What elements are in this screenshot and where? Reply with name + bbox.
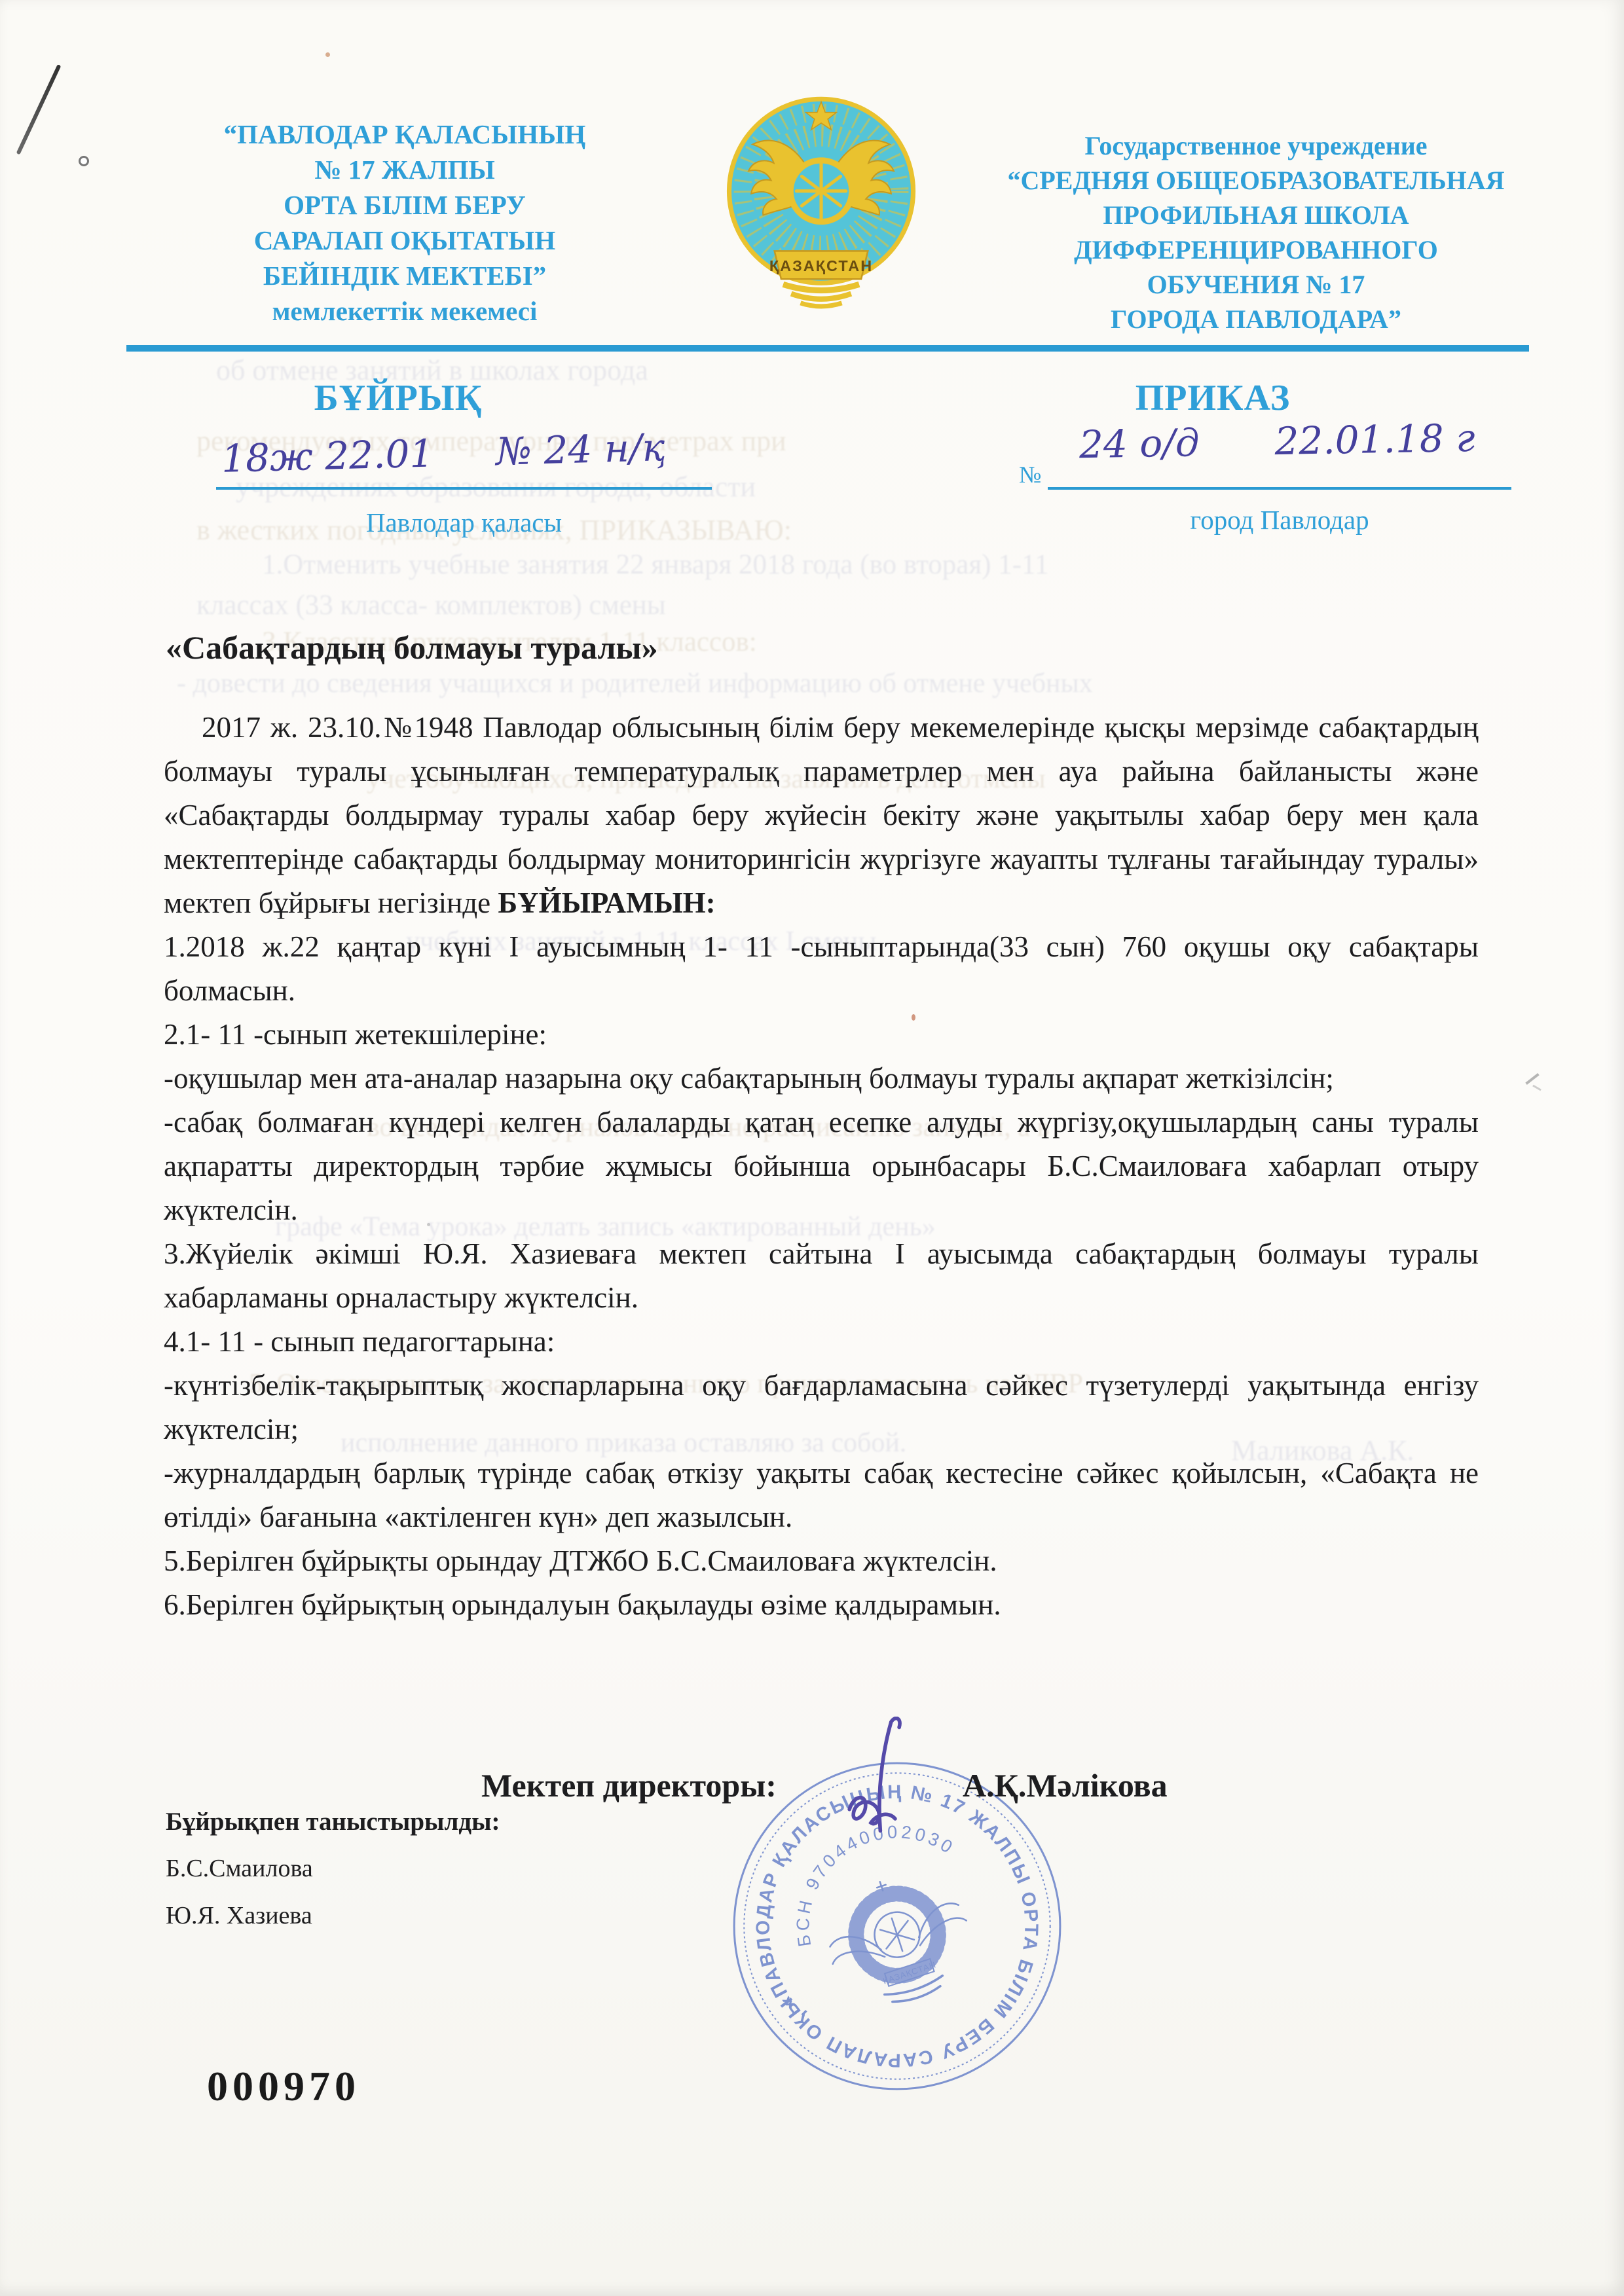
handwritten-number: 24 о/д — [1079, 420, 1200, 467]
paragraph-text: 3.Жүйелік әкімші Ю.Я. Хазиеваға мектеп с… — [164, 1237, 1479, 1314]
order-body: 2017 ж. 23.10.№1948 Павлодар облысының б… — [164, 706, 1479, 1627]
margin-pencil-mark — [1525, 1073, 1539, 1085]
paragraph: 2.1- 11 -сынып жетекшілеріне: — [164, 1013, 1479, 1057]
date-number-underline — [216, 487, 712, 490]
paragraph-text: -күнтізбелік-тақырыптық жоспарларына оқу… — [164, 1369, 1479, 1446]
order-title-kazakh: БҰЙРЫҚ — [267, 377, 529, 419]
acknowledgement-name: Ю.Я. Хазиева — [166, 1901, 312, 1930]
ghost-line: 1.Отменить учебные занятия 22 января 201… — [262, 549, 1048, 581]
kazakhstan-emblem-icon: ҚАЗАҚСТАН — [711, 82, 931, 313]
paragraph-text: -оқушылар мен ата-аналар назарына оқу са… — [164, 1062, 1334, 1095]
acknowledgement-name: Б.С.Смаилова — [166, 1854, 313, 1883]
org-name-kazakh: “ПАВЛОДАР ҚАЛАСЫНЫҢ № 17 ЖАЛПЫ ОРТА БІЛІ… — [175, 117, 634, 329]
org-line: ДИФФЕРЕНЦИРОВАННОГО — [974, 232, 1538, 267]
emblem-banner-text: ҚАЗАҚСТАН — [769, 257, 873, 274]
paragraph-text: 6.Берілген бұйрықтың орындалуын бақылауд… — [164, 1588, 1001, 1621]
org-line: ОРТА БІЛІМ БЕРУ — [175, 187, 634, 223]
paragraph-text: 5.Берілген бұйрықты орындау ДТЖбО Б.С.См… — [164, 1544, 997, 1577]
org-line: САРАЛАП ОҚЫТАТЫН — [175, 223, 634, 258]
paragraph: 5.Берілген бұйрықты орындау ДТЖбО Б.С.См… — [164, 1539, 1479, 1583]
header-divider — [126, 345, 1529, 352]
handwritten-date-number-ru: 24 о/д22.01.18 г — [1079, 416, 1475, 467]
director-signature — [826, 1717, 941, 1844]
order-title-russian: ПРИКАЗ — [1082, 377, 1344, 419]
director-name: А.Қ.Мәлікова — [963, 1766, 1168, 1804]
paragraph: 4.1- 11 - сынып педагогтарына: — [164, 1320, 1479, 1364]
ghost-line: - довести до сведения учащихся и родител… — [177, 668, 1093, 699]
org-line: № 17 ЖАЛПЫ — [175, 152, 634, 187]
margin-pencil-mark — [1532, 1085, 1541, 1091]
paragraph-text: -сабақ болмаған күндері келген балаларды… — [164, 1106, 1479, 1226]
pen-stroke-end-dot — [79, 156, 89, 166]
org-line: “ПАВЛОДАР ҚАЛАСЫНЫҢ — [175, 117, 634, 152]
number-sign: № — [1019, 461, 1041, 488]
org-name-russian: Государственное учреждение “СРЕДНЯЯ ОБЩЕ… — [974, 128, 1538, 337]
pen-stroke-artifact — [16, 64, 62, 155]
acknowledgement-label: Бұйрықпен таныстырылды: — [166, 1807, 500, 1836]
paragraph: 3.Жүйелік әкімші Ю.Я. Хазиеваға мектеп с… — [164, 1232, 1479, 1320]
paragraph-text: 4.1- 11 - сынып педагогтарына: — [164, 1325, 555, 1358]
org-line: мемлекеттік мекемесі — [175, 293, 634, 329]
paragraph: -сабақ болмаған күндері келген балаларды… — [164, 1101, 1479, 1232]
paragraph-text: 1.2018 ж.22 қаңтар күні I ауысымның 1- 1… — [164, 930, 1479, 1007]
resolve-word: БҰЙЫРАМЫН: — [498, 886, 715, 919]
org-line: “СРЕДНЯЯ ОБЩЕОБРАЗОВАТЕЛЬНАЯ — [974, 163, 1538, 198]
paragraph: -оқушылар мен ата-аналар назарына оқу са… — [164, 1057, 1479, 1101]
org-line: БЕЙІНДІК МЕКТЕБІ” — [175, 258, 634, 293]
org-line: ГОРОДА ПАВЛОДАРА” — [974, 302, 1538, 337]
paragraph: 6.Берілген бұйрықтың орындалуын бақылауд… — [164, 1583, 1479, 1627]
paragraph: 2017 ж. 23.10.№1948 Павлодар облысының б… — [164, 706, 1479, 925]
scanned-order-page: об отмене занятий в школах города рекоме… — [0, 0, 1624, 2296]
place-name-kazakh: Павлодар қаласы — [216, 507, 712, 538]
form-serial-number: 000970 — [207, 2062, 360, 2111]
date-number-underline — [1048, 487, 1511, 490]
director-role-label: Мектеп директоры: — [481, 1766, 777, 1804]
org-line: ПРОФИЛЬНАЯ ШКОЛА — [974, 198, 1538, 232]
paragraph-text: -журналдардың барлық түрінде сабақ өткіз… — [164, 1457, 1479, 1533]
handwritten-date: 22.01.18 г — [1274, 416, 1475, 464]
paragraph-text: 2.1- 11 -сынып жетекшілеріне: — [164, 1018, 547, 1051]
handwritten-date: 18ж 22.01 — [221, 431, 434, 481]
org-line: ОБУЧЕНИЯ № 17 — [974, 267, 1538, 302]
paragraph: 1.2018 ж.22 қаңтар күні I ауысымның 1- 1… — [164, 925, 1479, 1013]
paragraph: -журналдардың барлық түрінде сабақ өткіз… — [164, 1451, 1479, 1539]
org-line: Государственное учреждение — [974, 128, 1538, 163]
dust-speck — [325, 52, 330, 57]
place-name-russian: город Павлодар — [1048, 504, 1511, 536]
paragraph: -күнтізбелік-тақырыптық жоспарларына оқу… — [164, 1364, 1479, 1451]
ghost-line: классах (33 класса- комплектов) смены — [196, 589, 666, 621]
handwritten-number: № 24 н/қ — [495, 425, 665, 474]
order-subject: «Сабақтардың болмауы туралы» — [166, 629, 658, 666]
paragraph-text: 2017 ж. 23.10.№1948 Павлодар облысының б… — [164, 711, 1479, 919]
